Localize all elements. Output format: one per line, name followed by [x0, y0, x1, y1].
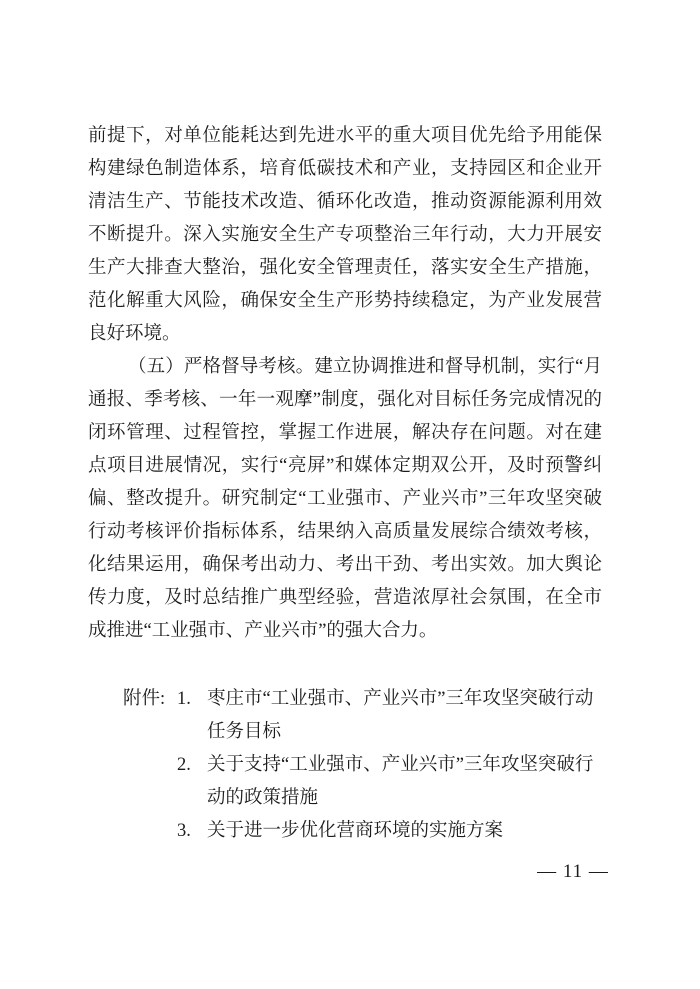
indent-spacer — [177, 782, 207, 815]
text-line: 范化解重大风险，确保安全生产形势持续稳定，为产业发展营造 — [88, 285, 602, 318]
indent-spacer — [177, 716, 207, 749]
attachments-list: 附件: 1. 枣庄市“工业强市、产业兴市”三年攻坚突破行动 任务目标 2. 关于… — [123, 683, 613, 848]
attachment-title: 动的政策措施 — [207, 782, 613, 815]
attachment-number: 1. — [177, 683, 207, 716]
text-line: 构建绿色制造体系，培育低碳技术和产业，支持园区和企业开展 — [88, 153, 602, 186]
text-line-paragraph-start: （五）严格督导考核。建立协调推进和督导机制，实行“月 — [88, 351, 602, 384]
attachment-item-2-line-2: 动的政策措施 — [123, 782, 613, 815]
text-line: 生产大排查大整治，强化安全管理责任，落实安全生产措施，防 — [88, 252, 602, 285]
indent-spacer — [123, 749, 177, 782]
indent-spacer — [123, 782, 177, 815]
text-line: 通报、季考核、一年一观摩”制度，强化对目标任务完成情况的 — [88, 384, 602, 417]
attachment-item-3-line-1: 3. 关于进一步优化营商环境的实施方案 — [123, 815, 613, 848]
page-number: — 11 — — [533, 861, 613, 883]
attachment-item-1-line-1: 附件: 1. 枣庄市“工业强市、产业兴市”三年攻坚突破行动 — [123, 683, 613, 716]
indent-spacer — [123, 716, 177, 749]
text-line: 不断提升。深入实施安全生产专项整治三年行动，大力开展安全 — [88, 219, 602, 252]
indent-spacer — [123, 815, 177, 848]
attachment-title: 关于支持“工业强市、产业兴市”三年攻坚突破行 — [207, 749, 613, 782]
attachment-number: 2. — [177, 749, 207, 782]
text-line: 偏、整改提升。研究制定“工业强市、产业兴市”三年攻坚突破 — [88, 483, 602, 516]
attachment-number: 3. — [177, 815, 207, 848]
text-line: 良好环境。 — [88, 318, 602, 351]
text-line: 传力度，及时总结推广典型经验，营造浓厚社会氛围，在全市形 — [88, 582, 602, 615]
text-line: 行动考核评价指标体系，结果纳入高质量发展综合绩效考核，强 — [88, 516, 602, 549]
body-text: 前提下，对单位能耗达到先进水平的重大项目优先给予用能保障。 构建绿色制造体系，培… — [88, 120, 602, 648]
attachment-title: 关于进一步优化营商环境的实施方案 — [207, 815, 613, 848]
text-line: 点项目进展情况，实行“亮屏”和媒体定期双公开，及时预警纠 — [88, 450, 602, 483]
attachment-title: 任务目标 — [207, 716, 613, 749]
text-line: 化结果运用，确保考出动力、考出干劲、考出实效。加大舆论宣 — [88, 549, 602, 582]
attachment-title: 枣庄市“工业强市、产业兴市”三年攻坚突破行动 — [207, 683, 613, 716]
attachment-item-2-line-1: 2. 关于支持“工业强市、产业兴市”三年攻坚突破行 — [123, 749, 613, 782]
text-line: 前提下，对单位能耗达到先进水平的重大项目优先给予用能保障。 — [88, 120, 602, 153]
text-line: 清洁生产、节能技术改造、循环化改造，推动资源能源利用效率 — [88, 186, 602, 219]
document-page: 前提下，对单位能耗达到先进水平的重大项目优先给予用能保障。 构建绿色制造体系，培… — [0, 0, 700, 989]
attachment-item-1-line-2: 任务目标 — [123, 716, 613, 749]
attachments-label: 附件: — [123, 683, 177, 716]
text-line: 成推进“工业强市、产业兴市”的强大合力。 — [88, 615, 602, 648]
text-line: 闭环管理、过程管控，掌握工作进展，解决存在问题。对在建重 — [88, 417, 602, 450]
